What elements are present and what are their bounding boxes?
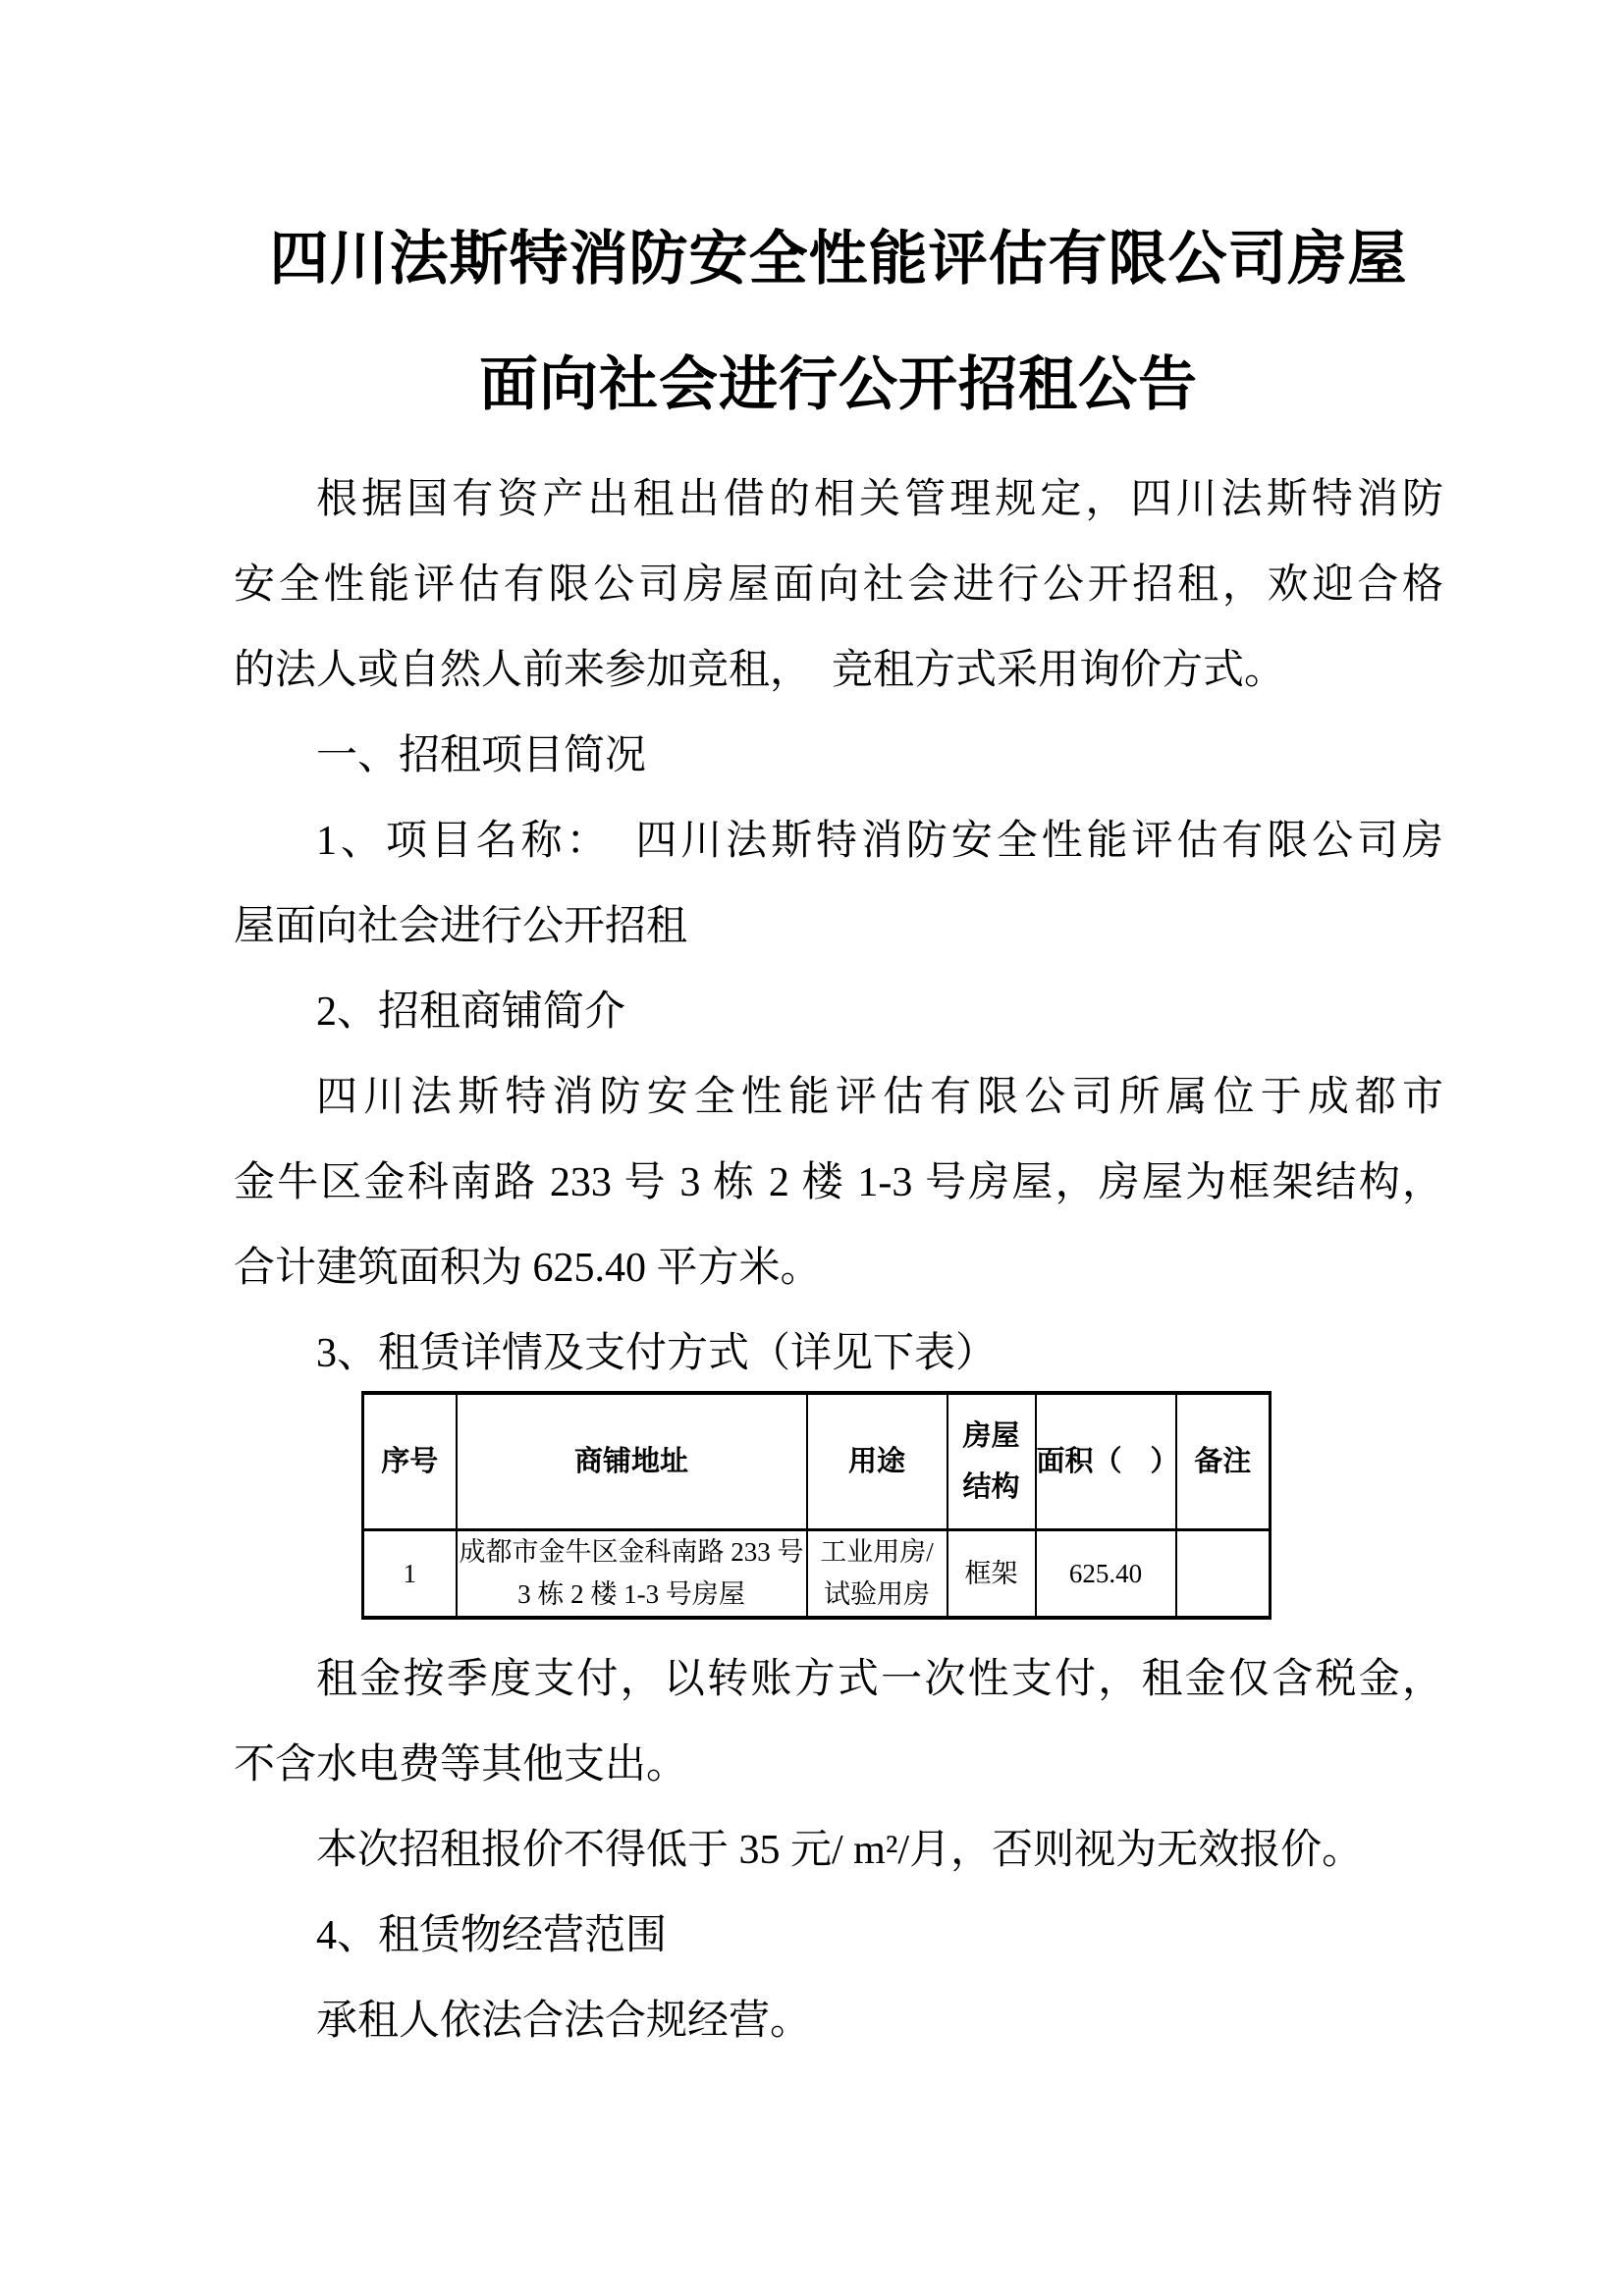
payment-line-2: 不含水电费等其他支出。 <box>234 1723 1443 1808</box>
body-text-after-table: 租金按季度支付，以转账方式一次性支付，租金仅含税金， 不含水电费等其他支出。 本… <box>234 1637 1443 2064</box>
header-area: 面积（ ） <box>1036 1393 1176 1530</box>
cell-area: 625.40 <box>1036 1530 1176 1619</box>
item2-heading: 2、招租商铺简介 <box>234 970 1443 1055</box>
item2-line-2: 金牛区金科南路 233 号 3 栋 2 楼 1-3 号房屋，房屋为框架结构， <box>234 1141 1443 1226</box>
header-usage: 用途 <box>807 1393 947 1530</box>
body-text-before-table: 根据国有资产出租出借的相关管理规定，四川法斯特消防 安全性能评估有限公司房屋面向… <box>234 457 1443 1397</box>
item3-heading: 3、租赁详情及支付方式（详见下表） <box>234 1311 1443 1397</box>
item2-line-1: 四川法斯特消防安全性能评估有限公司所属位于成都市 <box>234 1055 1443 1141</box>
item4-line-1: 承租人依法合法合规经营。 <box>234 1979 1443 2064</box>
intro-line-2: 安全性能评估有限公司房屋面向社会进行公开招租，欢迎合格 <box>234 543 1443 628</box>
document-title-line2: 面向社会进行公开招租公告 <box>234 322 1443 448</box>
cell-sequence: 1 <box>363 1530 457 1619</box>
rental-details-table: 序号 商铺地址 用途 房屋 结构 面积（ ） 备注 1 成都市金牛区金科南路 2… <box>361 1391 1272 1620</box>
cell-usage: 工业用房/ 试验用房 <box>807 1530 947 1619</box>
intro-line-3: 的法人或自然人前来参加竞租， 竞租方式采用询价方式。 <box>234 628 1443 714</box>
cell-remark <box>1176 1530 1271 1619</box>
document-content: 四川法斯特消防安全性能评估有限公司房屋 面向社会进行公开招租公告 根据国有资产出… <box>234 0 1443 2064</box>
document-page: { "page": { "title": { "line1": "四川法斯特消防… <box>0 0 1624 2296</box>
cell-structure: 框架 <box>947 1530 1036 1619</box>
item1-line-1: 1、项目名称： 四川法斯特消防安全性能评估有限公司房 <box>234 799 1443 884</box>
table-header-row: 序号 商铺地址 用途 房屋 结构 面积（ ） 备注 <box>363 1393 1271 1530</box>
header-remark: 备注 <box>1176 1393 1271 1530</box>
header-structure: 房屋 结构 <box>947 1393 1036 1530</box>
document-title-line1: 四川法斯特消防安全性能评估有限公司房屋 <box>234 196 1443 322</box>
section1-heading: 一、招租项目简况 <box>234 714 1443 799</box>
item4-heading: 4、租赁物经营范围 <box>234 1894 1443 1979</box>
intro-line-1: 根据国有资产出租出借的相关管理规定，四川法斯特消防 <box>234 457 1443 543</box>
header-sequence: 序号 <box>363 1393 457 1530</box>
cell-address: 成都市金牛区金科南路 233 号 3 栋 2 楼 1-3 号房屋 <box>457 1530 807 1619</box>
price-note: 本次招租报价不得低于 35 元/ m²/月，否则视为无效报价。 <box>234 1808 1443 1894</box>
item2-line-3: 合计建筑面积为 625.40 平方米。 <box>234 1226 1443 1311</box>
payment-line-1: 租金按季度支付，以转账方式一次性支付，租金仅含税金， <box>234 1637 1443 1723</box>
header-address: 商铺地址 <box>457 1393 807 1530</box>
item1-line-2: 屋面向社会进行公开招租 <box>234 884 1443 970</box>
table-row: 1 成都市金牛区金科南路 233 号 3 栋 2 楼 1-3 号房屋 工业用房/… <box>363 1530 1271 1619</box>
document-title: 四川法斯特消防安全性能评估有限公司房屋 面向社会进行公开招租公告 <box>234 0 1443 448</box>
